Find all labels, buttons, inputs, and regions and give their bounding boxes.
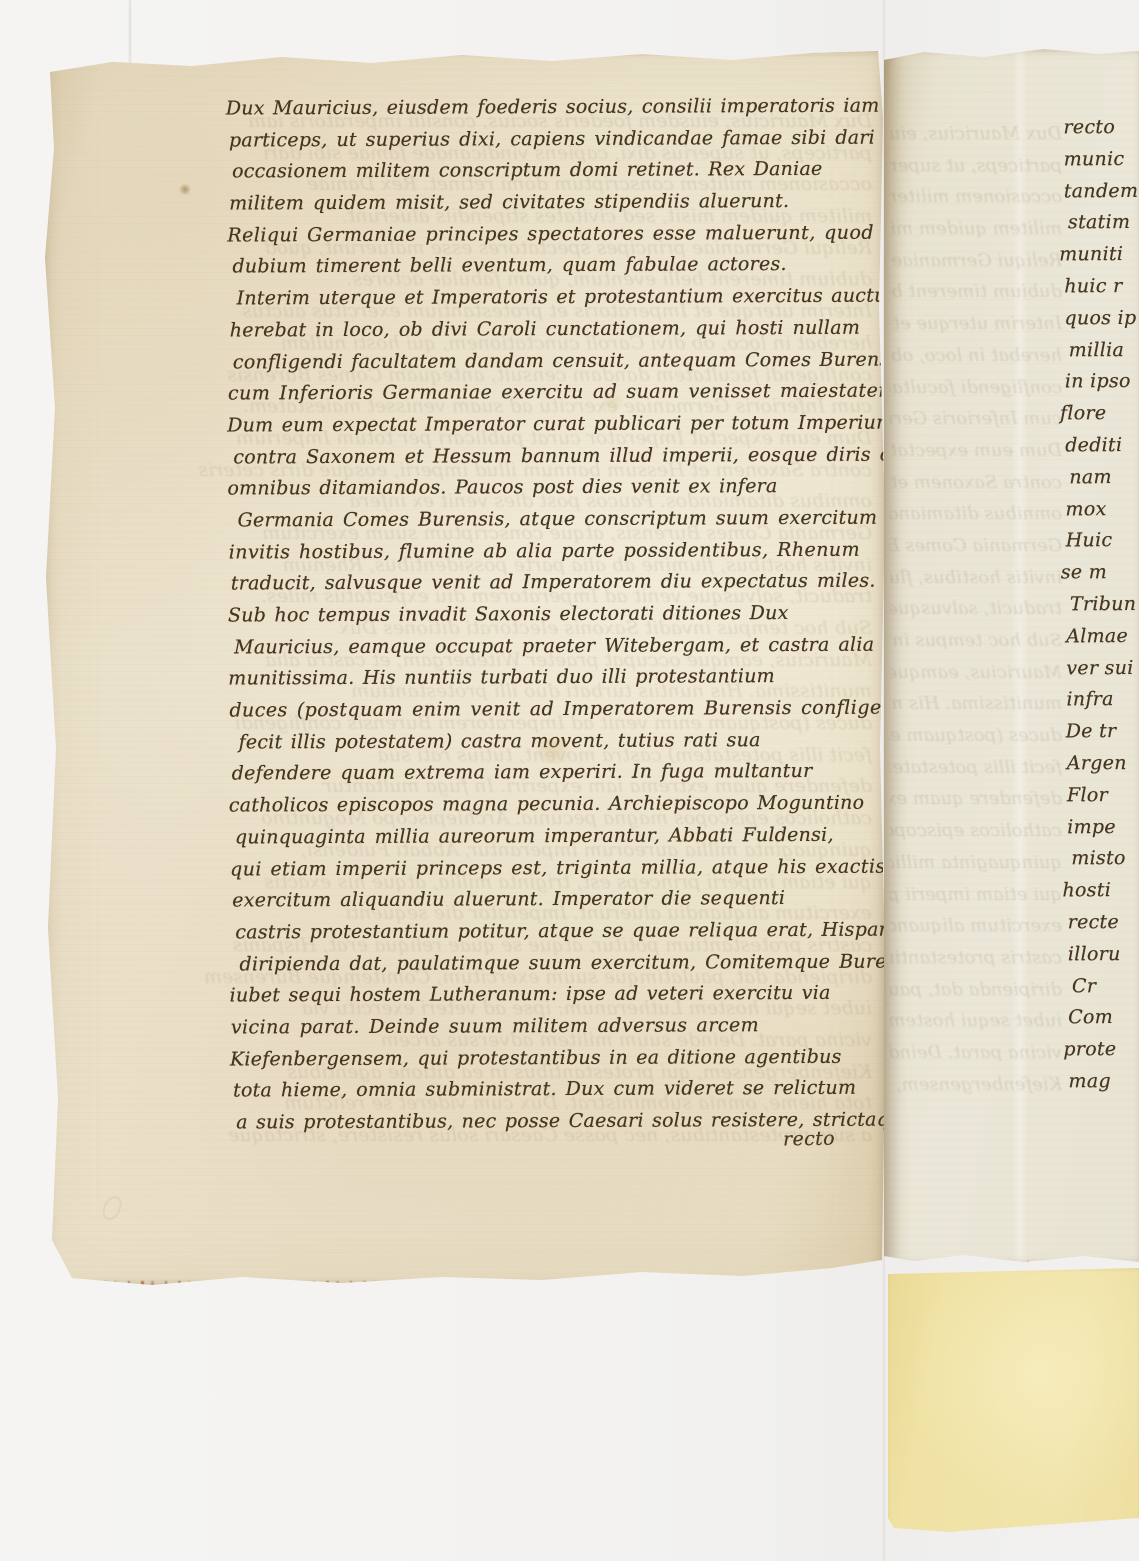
ghost-text-line: Reliqui Germaniae principes spectatores … <box>890 245 1062 277</box>
ghost-text-line: Dux Mauricius, eiusdem foederis socius, … <box>890 118 1062 150</box>
ghost-text-line: exercitum aliquandiu aluerunt. Imperator… <box>890 910 1062 942</box>
pencil-mark <box>101 1194 124 1222</box>
text-line: exercitum aliquandiu aluerunt. Imperator… <box>229 883 888 918</box>
text-line: Sub hoc tempus invadit Saxonis electorat… <box>228 598 888 633</box>
ghost-text-line: particeps, ut superius dixi, capiens vin… <box>890 150 1062 182</box>
red-deckle-edge <box>892 1261 1134 1266</box>
ghost-text-line: vicina parat. Deinde suum militem advers… <box>890 1037 1062 1069</box>
text-line: Germania Comes Burensis, atque conscript… <box>228 502 888 537</box>
text-line: contra Saxonem et Hessum bannum illud im… <box>227 439 888 474</box>
fragment-text-line: nam <box>1065 461 1139 493</box>
ghost-text-line: duces (postquam enim venit ad Imperatore… <box>890 720 1062 752</box>
text-line: confligendi facultatem dandam censuit, a… <box>227 344 888 379</box>
text-line: Mauricius, eamque occupat praeter Witebe… <box>228 629 888 664</box>
ghost-text-line: qui etiam imperii princeps est, triginta… <box>890 879 1062 911</box>
text-line: quinquaginta millia aureorum imperantur,… <box>229 819 888 854</box>
text-line: iubet sequi hostem Lutheranum: ipse ad v… <box>230 978 888 1013</box>
ghost-text-line: defendere quam extrema iam experiri. In … <box>890 783 1062 815</box>
text-line: cum Inferioris Germaniae exercitu ad sua… <box>227 376 888 411</box>
ghost-text-line: cum Inferioris Germaniae exercitu ad sua… <box>890 403 1062 435</box>
ghost-text-line: catholicos episcopos magna pecunia. Arch… <box>890 815 1062 847</box>
text-line: vicina parat. Deinde suum militem advers… <box>230 1009 888 1044</box>
text-line: Kiefenbergensem, qui protestantibus in e… <box>230 1041 888 1076</box>
fragment-text-line: flore <box>1060 398 1139 430</box>
yellow-sheet <box>888 1266 1139 1538</box>
ghost-text-line: fecit illis potestatem) castra movent, t… <box>890 752 1062 784</box>
ghost-text-line: Germania Comes Burensis, atque conscript… <box>890 530 1062 562</box>
ghost-text-line: munitissima. His nuntiis turbati duo ill… <box>890 688 1062 720</box>
text-line: omnibus ditamiandos. Paucos post dies ve… <box>227 471 888 506</box>
text-line: traducit, salvusque venit ad Imperatorem… <box>228 566 888 601</box>
fragment-text-line: recto <box>1063 112 1139 144</box>
fragment-text-line: in ipso <box>1065 366 1139 398</box>
ghost-text-line: Interim uterque et Imperatoris et protes… <box>890 308 1062 340</box>
text-line: diripienda dat, paulatimque suum exercit… <box>229 946 888 981</box>
fragment-text-line: hosti <box>1062 875 1139 907</box>
text-line: defendere quam extrema iam experiri. In … <box>229 756 888 791</box>
ghost-text-layer: Dux Mauricius, eiusdem foederis socius, … <box>890 118 1062 1178</box>
text-line: Dux Mauricius, eiusdem foederis socius, … <box>226 91 888 126</box>
text-line: militem quidem misit, sed civitates stip… <box>226 186 888 221</box>
red-deckle-edge <box>67 1281 871 1286</box>
ghost-text-line: castris protestantium potitur, atque se … <box>890 942 1062 974</box>
ghost-text-line: Kiefenbergensem, qui protestantibus in e… <box>890 1069 1062 1101</box>
fragment-text-line: ver sui <box>1066 652 1139 684</box>
ghost-text-line: occasionem militem conscriptum domi reti… <box>890 181 1062 213</box>
text-line: herebat in loco, ob divi Caroli cunctati… <box>227 312 888 347</box>
fragment-text-line: infra <box>1066 684 1139 716</box>
left-page: Dux Mauricius, eiusdem foederis socius, … <box>42 48 888 1288</box>
fragment-text-line: mox <box>1065 493 1139 525</box>
ghost-text-line: invitis hostibus, flumine ab alia parte … <box>890 562 1062 594</box>
right-page: Dux Mauricius, eiusdem foederis socius, … <box>884 44 1139 1268</box>
handwritten-text-block: Dux Mauricius, eiusdem foederis socius, … <box>226 91 888 1140</box>
text-line: fecit illis potestatem) castra movent, t… <box>228 724 888 759</box>
ghost-text-line: Sub hoc tempus invadit Saxonis electorat… <box>890 625 1062 657</box>
text-line: qui etiam imperii princeps est, triginta… <box>229 851 888 886</box>
fragment-text-line: tandem <box>1064 175 1139 207</box>
ghost-text-line: omnibus ditamiandos. Paucos post dies ve… <box>890 498 1062 530</box>
text-line: castris protestantium potitur, atque se … <box>229 914 888 949</box>
fragment-text-line: munic <box>1064 143 1139 175</box>
fragment-text-line: De tr <box>1062 716 1139 748</box>
ghost-text-line: militem quidem misit, sed civitates stip… <box>890 213 1062 245</box>
fragment-text-line: illoru <box>1068 938 1139 970</box>
fragment-text-line: misto <box>1067 843 1139 875</box>
text-line: catholicos episcopos magna pecunia. Arch… <box>229 788 888 823</box>
fragment-text-line: Argen <box>1067 748 1139 780</box>
text-line: duces (postquam enim venit ad Imperatore… <box>228 693 888 728</box>
fragment-text-line: Cr <box>1068 970 1139 1002</box>
fragment-text-line: statim <box>1064 207 1139 239</box>
text-line: Interim uterque et Imperatoris et protes… <box>227 281 888 316</box>
ghost-text-line: confligendi facultatem dandam censuit, a… <box>890 372 1062 404</box>
fragment-text-line: dediti <box>1065 430 1139 462</box>
fragment-text-line: mag <box>1068 1066 1139 1098</box>
fragment-text-line: millia <box>1065 334 1139 366</box>
catchword: recto <box>783 1128 835 1151</box>
fragment-text-line: Com <box>1068 1002 1139 1034</box>
fragment-text-line: muniti <box>1059 239 1139 271</box>
fragment-text-line: prote <box>1063 1034 1139 1066</box>
ghost-text-line: diripienda dat, paulatimque suum exercit… <box>890 974 1062 1006</box>
fragment-text-line: huic r <box>1064 271 1139 303</box>
text-line: occasionem militem conscriptum domi reti… <box>226 154 888 189</box>
ghost-text-line: Dum eum expectat Imperator curat publica… <box>890 435 1062 467</box>
fragment-text-line: impe <box>1067 811 1139 843</box>
text-line: Reliqui Germaniae principes spectatores … <box>226 217 888 252</box>
text-line: particeps, ut superius dixi, capiens vin… <box>226 122 888 157</box>
text-line: Dum eum expectat Imperator curat publica… <box>227 407 888 442</box>
ghost-text-line: quinquaginta millia aureorum imperantur,… <box>890 847 1062 879</box>
fragment-text-line: Almae <box>1066 620 1139 652</box>
ghost-text-line: iubet sequi hostem Lutheranum: ipse ad v… <box>890 1005 1062 1037</box>
text-line: tota hieme, omnia subministrat. Dux cum … <box>230 1073 888 1108</box>
ghost-text-line: contra Saxonem et Hessum bannum illud im… <box>890 467 1062 499</box>
manuscript-scan: Dux Mauricius, eiusdem foederis socius, … <box>0 0 1139 1561</box>
fragment-text-line: Huic <box>1066 525 1139 557</box>
fragment-text-line: quos ip <box>1064 302 1139 334</box>
ghost-text-line: dubium timerent belli eventum, quam fabu… <box>890 276 1062 308</box>
fragment-text-line: Flor <box>1067 779 1139 811</box>
text-line: dubium timerent belli eventum, quam fabu… <box>226 249 888 284</box>
ink-stain <box>178 184 192 195</box>
ghost-text-line: herebat in loco, ob divi Caroli cunctati… <box>890 340 1062 372</box>
fragment-text-line: se m <box>1061 557 1139 589</box>
ghost-text-line: traducit, salvusque venit ad Imperatorem… <box>890 593 1062 625</box>
text-line: invitis hostibus, flumine ab alia parte … <box>228 534 888 569</box>
text-line: munitissima. His nuntiis turbati duo ill… <box>228 661 888 696</box>
next-page-text-fragments: rectomunictandemstatimmunitihuic rquos i… <box>1063 112 1139 1098</box>
fragment-text-line: recte <box>1068 907 1139 939</box>
fragment-text-line: Tribun <box>1066 589 1139 621</box>
ghost-text-line: Mauricius, eamque occupat praeter Witebe… <box>890 657 1062 689</box>
